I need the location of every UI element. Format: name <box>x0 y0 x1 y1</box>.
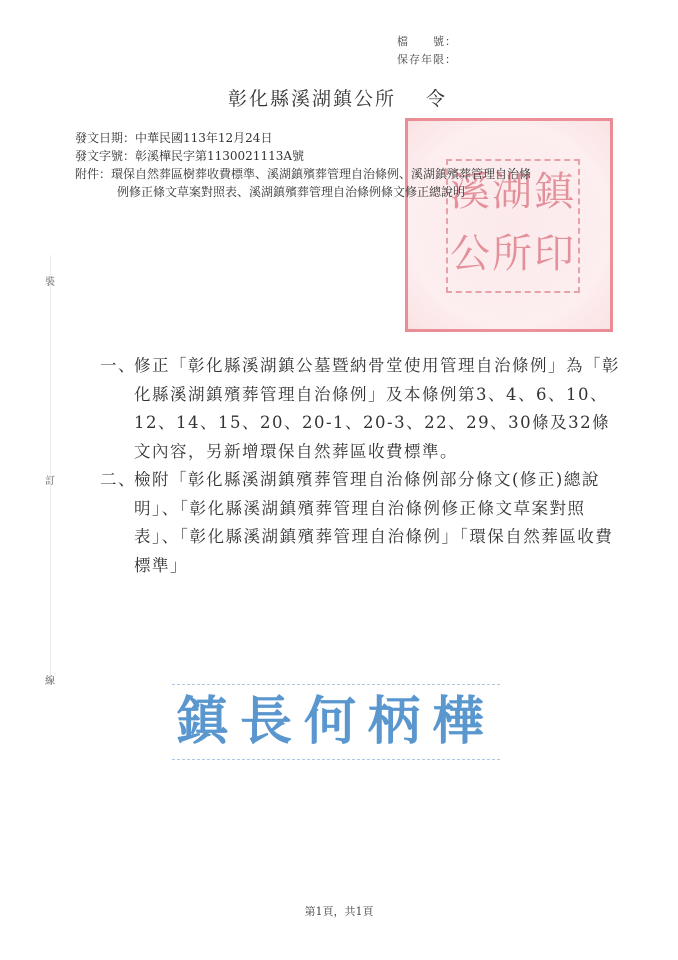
mayor-signature-stamp: 鎮長何柄樺 <box>172 684 500 760</box>
official-seal: 溪湖鎮公所印 <box>405 118 613 332</box>
retention-period-label: 保存年限： <box>397 51 457 67</box>
body-item-1: 一、 修正「彰化縣溪湖鎮公墓暨納骨堂使用管理自治條例」為「彰化縣溪湖鎮殯葬管理自… <box>100 352 620 466</box>
item-text: 修正「彰化縣溪湖鎮公墓暨納骨堂使用管理自治條例」為「彰化縣溪湖鎮殯葬管理自治條例… <box>134 352 620 466</box>
binding-mark-zhuang: 裝 <box>45 273 55 288</box>
binding-mark-xian: 線 <box>45 672 55 687</box>
document-body: 一、 修正「彰化縣溪湖鎮公墓暨納骨堂使用管理自治條例」為「彰化縣溪湖鎮殯葬管理自… <box>100 352 620 580</box>
document-number: 發文字號：彰溪樺民字第1130021113A號 <box>75 148 304 165</box>
item-number: 一、 <box>100 352 134 466</box>
issue-date: 發文日期：中華民國113年12月24日 <box>75 130 272 147</box>
document-type: 令 <box>426 88 447 110</box>
binding-mark-ding: 訂 <box>45 472 55 487</box>
agency-name: 彰化縣溪湖鎮公所 <box>228 88 396 110</box>
item-text: 檢附「彰化縣溪湖鎮殯葬管理自治條例部分條文(修正)總說明」、「彰化縣溪湖鎮殯葬管… <box>134 466 620 580</box>
page-title: 彰化縣溪湖鎮公所令 <box>228 84 447 111</box>
file-number-label: 檔 號： <box>397 33 457 49</box>
attachments-line-1: 附件：環保自然葬區樹葬收費標準、溪湖鎮殯葬管理自治條例、溪湖鎮殯葬管理自治條 <box>75 166 531 183</box>
page-number: 第1頁，共1頁 <box>0 903 678 919</box>
body-item-2: 二、 檢附「彰化縣溪湖鎮殯葬管理自治條例部分條文(修正)總說明」、「彰化縣溪湖鎮… <box>100 466 620 580</box>
binding-line <box>50 255 51 685</box>
item-number: 二、 <box>100 466 134 580</box>
attachments-line-2: 例修正條文草案對照表、溪湖鎮殯葬管理自治條例條文修正總說明 <box>117 184 465 201</box>
